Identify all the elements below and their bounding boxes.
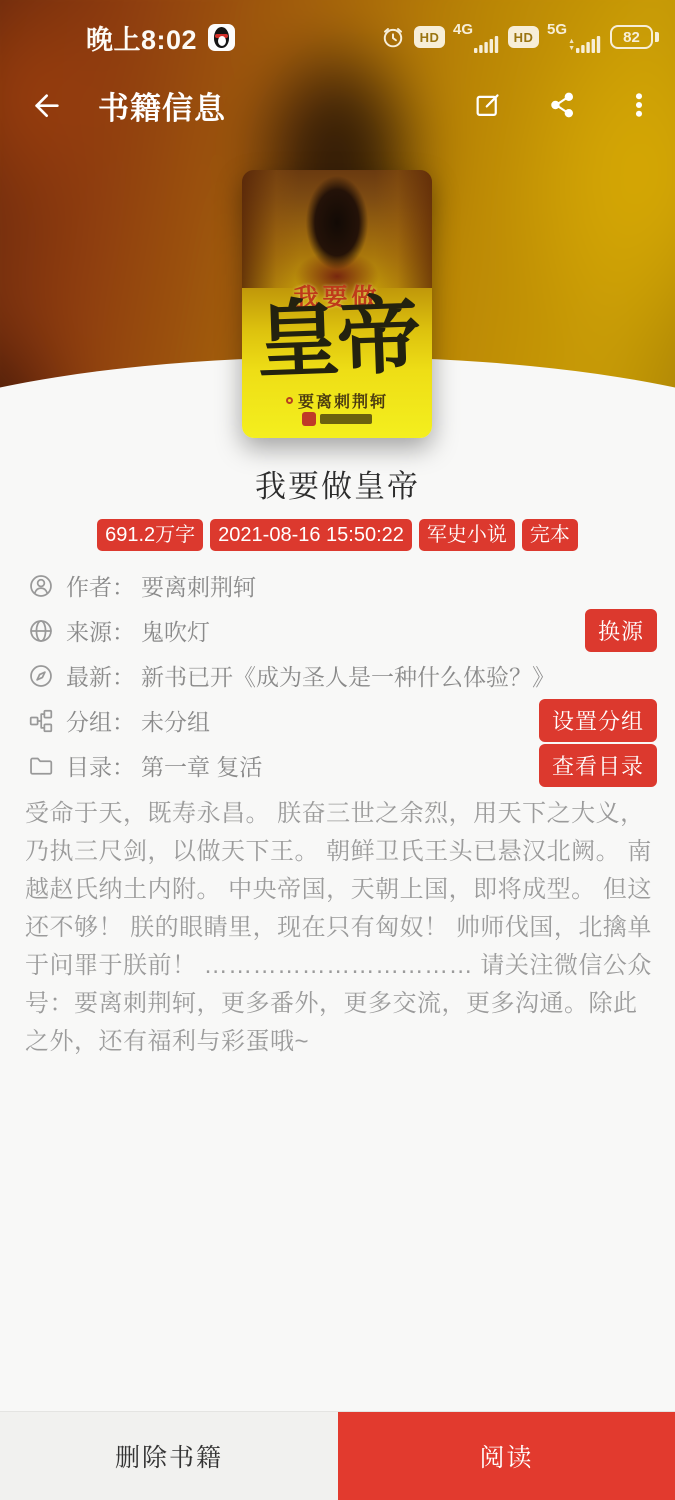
group-value: 未分组	[141, 704, 210, 737]
network-4g-label: 4G	[453, 21, 473, 38]
hd-voice-icon: HD	[414, 26, 445, 48]
data-transfer-arrows-icon: ▲▼	[568, 38, 575, 52]
more-options-icon[interactable]	[625, 91, 653, 119]
book-info-screen: 晚上8:02 HD 4G HD 5G ▲▼	[0, 0, 675, 1500]
status-badge: 完本	[522, 519, 578, 551]
view-catalog-button[interactable]: 查看目录	[539, 744, 657, 787]
signal-5g: 5G ▲▼	[547, 21, 602, 53]
group-row: 分组： 未分组 设置分组	[28, 698, 657, 743]
battery-level: 82	[623, 29, 640, 46]
delete-book-button[interactable]: 删除书籍	[0, 1412, 338, 1500]
catalog-row: 目录： 第一章 复活 查看目录	[28, 743, 657, 788]
latest-chapter-row: 最新： 新书已开《成为圣人是一种什么体验？》	[28, 653, 657, 698]
source-label: 来源：	[66, 614, 135, 647]
folder-icon	[28, 753, 54, 779]
author-value: 要离刺荆轲	[141, 569, 256, 602]
book-cover: 我要做 皇帝 要离刺荆轲	[242, 170, 432, 438]
set-group-button[interactable]: 设置分组	[539, 699, 657, 742]
catalog-label: 目录：	[66, 749, 135, 782]
info-list: 作者： 要离刺荆轲 来源： 鬼吹灯 换源 最新： 新书已开《成为圣人是一种什么体…	[28, 563, 657, 788]
cover-publisher-logo	[302, 412, 372, 426]
source-value: 鬼吹灯	[141, 614, 210, 647]
hd-voice-icon: HD	[508, 26, 539, 48]
source-row: 来源： 鬼吹灯 换源	[28, 608, 657, 653]
genre-badge: 军史小说	[419, 519, 515, 551]
clock-time: 晚上8:02	[86, 18, 197, 57]
cover-title-main: 皇帝	[242, 295, 432, 386]
bottom-action-bar: 删除书籍 阅读	[0, 1411, 675, 1500]
read-button[interactable]: 阅读	[338, 1412, 675, 1500]
cover-author-seal	[286, 397, 293, 404]
word-count-badge: 691.2万字	[97, 519, 203, 551]
qq-notification-icon	[208, 24, 235, 51]
latest-label: 最新：	[66, 659, 135, 692]
globe-icon	[28, 618, 54, 644]
signal-bars-icon	[576, 33, 602, 53]
network-5g-label: 5G	[547, 21, 567, 38]
book-description: 受命于天，既寿永昌。 朕奋三世之余烈，用天下之大义，乃执三尺剑，以做天下王。 朝…	[25, 795, 652, 1061]
book-title: 我要做皇帝	[0, 461, 675, 506]
catalog-value: 第一章 复活	[141, 749, 262, 782]
edit-icon[interactable]	[473, 91, 501, 119]
cover-author-line: 要离刺荆轲	[242, 389, 432, 412]
app-bar: 书籍信息	[0, 78, 675, 132]
update-time-badge: 2021-08-16 15:50:22	[210, 519, 412, 551]
page-title: 书籍信息	[98, 83, 226, 128]
group-icon	[28, 708, 54, 734]
user-icon	[28, 573, 54, 599]
author-row: 作者： 要离刺荆轲	[28, 563, 657, 608]
status-bar: 晚上8:02 HD 4G HD 5G ▲▼	[0, 14, 675, 60]
compass-icon	[28, 663, 54, 689]
change-source-button[interactable]: 换源	[585, 609, 657, 652]
alarm-icon	[380, 24, 406, 50]
cover-author-name: 要离刺荆轲	[298, 389, 388, 412]
share-icon[interactable]	[549, 91, 577, 119]
latest-value: 新书已开《成为圣人是一种什么体验？》	[141, 659, 555, 692]
battery-icon: 82	[610, 25, 659, 49]
badge-row: 691.2万字 2021-08-16 15:50:22 军史小说 完本	[0, 519, 675, 551]
signal-bars-icon	[474, 33, 500, 53]
group-label: 分组：	[66, 704, 135, 737]
signal-4g: 4G	[453, 21, 500, 53]
back-button[interactable]	[30, 89, 62, 121]
author-label: 作者：	[66, 569, 135, 602]
